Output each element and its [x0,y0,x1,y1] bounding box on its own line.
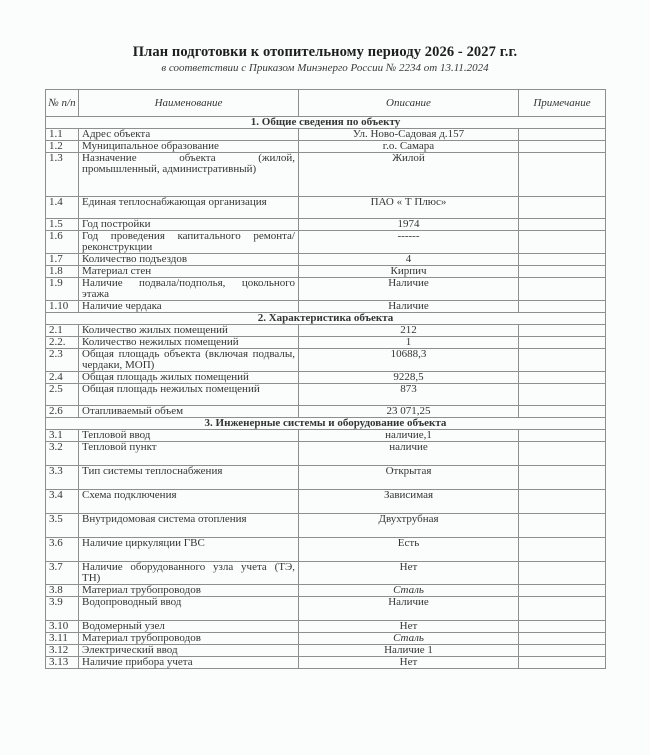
row-name: Количество подъездов [79,254,299,266]
row-number: 2.2. [46,337,79,349]
row-number: 1.6 [46,231,79,254]
table-row: 1.9Наличие подвала/подполья, цокольного … [46,278,606,301]
table-row: 2.3Общая площадь объекта (включая подвал… [46,349,606,372]
section-header-row: 2. Характеристика объекта [46,313,606,325]
row-number: 3.5 [46,514,79,538]
row-description: г.о. Самара [299,141,519,153]
table-row: 1.1Адрес объектаУл. Ново-Садовая д.157 [46,129,606,141]
row-description: Наличие [299,597,519,621]
header-name: Наименование [79,90,299,117]
row-name: Наличие циркуляции ГВС [79,538,299,562]
row-note [519,219,606,231]
row-number: 3.3 [46,466,79,490]
row-description: Наличие [299,301,519,313]
row-number: 3.7 [46,562,79,585]
row-name: Материал стен [79,266,299,278]
row-name: Материал трубопроводов [79,585,299,597]
document-subtitle: в соответствии с Приказом Минэнерго Росс… [0,62,650,74]
row-number: 1.4 [46,197,79,219]
row-number: 3.4 [46,490,79,514]
row-number: 1.9 [46,278,79,301]
row-number: 2.1 [46,325,79,337]
row-name: Адрес объекта [79,129,299,141]
row-number: 3.9 [46,597,79,621]
table-row: 2.4Общая площадь жилых помещений9228,5 [46,372,606,384]
row-name: Электрический ввод [79,645,299,657]
row-number: 2.3 [46,349,79,372]
table-row: 3.10Водомерный узелНет [46,621,606,633]
table-row: 2.6Отапливаемый объем23 071,25 [46,406,606,418]
row-note [519,585,606,597]
row-name: Водомерный узел [79,621,299,633]
row-note [519,153,606,197]
row-description: Двухтрубная [299,514,519,538]
row-note [519,597,606,621]
row-number: 1.10 [46,301,79,313]
header-description: Описание [299,90,519,117]
row-note [519,337,606,349]
row-name: Тепловой пункт [79,442,299,466]
row-description: наличие [299,442,519,466]
row-description: Сталь [299,585,519,597]
table-row: 3.8Материал трубопроводовСталь [46,585,606,597]
table-row: 3.7Наличие оборудованного узла учета (ТЭ… [46,562,606,585]
row-note [519,141,606,153]
row-description: Нет [299,657,519,669]
row-note [519,657,606,669]
row-description: Зависимая [299,490,519,514]
row-description: 1974 [299,219,519,231]
row-name: Назначение объекта (жилой, промышленный,… [79,153,299,197]
table-header-row: № п/п Наименование Описание Примечание [46,90,606,117]
section-header-row: 1. Общие сведения по объекту [46,117,606,129]
row-number: 1.8 [46,266,79,278]
table-row: 1.8Материал стенКирпич [46,266,606,278]
row-note [519,490,606,514]
table-row: 1.2Муниципальное образованиег.о. Самара [46,141,606,153]
row-description: 23 071,25 [299,406,519,418]
row-description: 10688,3 [299,349,519,372]
table-row: 3.13Наличие прибора учетаНет [46,657,606,669]
row-name: Наличие оборудованного узла учета (ТЭ, Т… [79,562,299,585]
row-note [519,514,606,538]
document-title: План подготовки к отопительному периоду … [0,44,650,61]
table-row: 3.1Тепловой вводналичие,1 [46,430,606,442]
row-name: Год проведения капитального ремонта/реко… [79,231,299,254]
row-name: Наличие подвала/подполья, цокольного эта… [79,278,299,301]
row-description: Сталь [299,633,519,645]
row-description: Есть [299,538,519,562]
row-number: 3.12 [46,645,79,657]
row-description: 9228,5 [299,372,519,384]
row-note [519,466,606,490]
row-number: 1.1 [46,129,79,141]
row-note [519,325,606,337]
row-description: наличие,1 [299,430,519,442]
row-note [519,372,606,384]
row-note [519,278,606,301]
row-description: Нет [299,621,519,633]
row-number: 3.6 [46,538,79,562]
row-number: 1.5 [46,219,79,231]
table-row: 1.4Единая теплоснабжающая организацияПАО… [46,197,606,219]
row-description: ------ [299,231,519,254]
table-row: 3.9Водопроводный вводНаличие [46,597,606,621]
table-row: 3.4Схема подключенияЗависимая [46,490,606,514]
row-number: 2.6 [46,406,79,418]
row-number: 1.7 [46,254,79,266]
row-description: Кирпич [299,266,519,278]
row-note [519,254,606,266]
row-note [519,633,606,645]
row-name: Общая площадь объекта (включая подвалы, … [79,349,299,372]
row-number: 3.11 [46,633,79,645]
row-number: 3.10 [46,621,79,633]
row-name: Внутридомовая система отопления [79,514,299,538]
table-row: 2.1Количество жилых помещений212 [46,325,606,337]
row-note [519,621,606,633]
row-name: Общая площадь жилых помещений [79,372,299,384]
row-name: Единая теплоснабжающая организация [79,197,299,219]
row-note [519,406,606,418]
row-name: Наличие чердака [79,301,299,313]
row-note [519,442,606,466]
section-title: 3. Инженерные системы и оборудование объ… [46,418,606,430]
row-name: Материал трубопроводов [79,633,299,645]
row-number: 1.3 [46,153,79,197]
table-row: 1.3Назначение объекта (жилой, промышленн… [46,153,606,197]
row-note [519,231,606,254]
row-name: Наличие прибора учета [79,657,299,669]
row-name: Год постройки [79,219,299,231]
table-row: 3.5Внутридомовая система отопленияДвухтр… [46,514,606,538]
header-note: Примечание [519,90,606,117]
table-body: 1. Общие сведения по объекту1.1Адрес объ… [46,117,606,669]
row-note [519,645,606,657]
row-name: Тепловой ввод [79,430,299,442]
row-number: 2.5 [46,384,79,406]
table-row: 3.11Материал трубопроводовСталь [46,633,606,645]
row-name: Отапливаемый объем [79,406,299,418]
table-row: 3.12Электрический вводНаличие 1 [46,645,606,657]
table-row: 3.3Тип системы теплоснабженияОткрытая [46,466,606,490]
row-name: Количество жилых помещений [79,325,299,337]
row-description: Ул. Ново-Садовая д.157 [299,129,519,141]
row-note [519,538,606,562]
row-name: Общая площадь нежилых помещений [79,384,299,406]
row-name: Схема подключения [79,490,299,514]
row-number: 3.1 [46,430,79,442]
table-row: 2.5Общая площадь нежилых помещений873 [46,384,606,406]
row-number: 2.4 [46,372,79,384]
row-name: Тип системы теплоснабжения [79,466,299,490]
row-description: ПАО « Т Плюс» [299,197,519,219]
row-description: 873 [299,384,519,406]
table-row: 1.6Год проведения капитального ремонта/р… [46,231,606,254]
table-row: 3.2Тепловой пунктналичие [46,442,606,466]
row-note [519,266,606,278]
row-number: 3.13 [46,657,79,669]
table-row: 2.2.Количество нежилых помещений1 [46,337,606,349]
plan-table: № п/п Наименование Описание Примечание 1… [45,89,606,669]
header-num: № п/п [46,90,79,117]
row-name: Муниципальное образование [79,141,299,153]
row-note [519,301,606,313]
row-note [519,562,606,585]
row-description: 1 [299,337,519,349]
row-description: Жилой [299,153,519,197]
row-description: 212 [299,325,519,337]
row-description: Открытая [299,466,519,490]
section-title: 2. Характеристика объекта [46,313,606,325]
row-note [519,384,606,406]
section-header-row: 3. Инженерные системы и оборудование объ… [46,418,606,430]
row-number: 3.2 [46,442,79,466]
row-note [519,430,606,442]
row-number: 3.8 [46,585,79,597]
section-title: 1. Общие сведения по объекту [46,117,606,129]
row-note [519,129,606,141]
row-note [519,349,606,372]
table-row: 1.7Количество подъездов4 [46,254,606,266]
row-name: Водопроводный ввод [79,597,299,621]
table-row: 3.6Наличие циркуляции ГВСЕсть [46,538,606,562]
row-number: 1.2 [46,141,79,153]
row-name: Количество нежилых помещений [79,337,299,349]
row-description: Нет [299,562,519,585]
row-description: Наличие [299,278,519,301]
row-description: Наличие 1 [299,645,519,657]
row-note [519,197,606,219]
row-description: 4 [299,254,519,266]
table-row: 1.5Год постройки1974 [46,219,606,231]
table-row: 1.10Наличие чердакаНаличие [46,301,606,313]
